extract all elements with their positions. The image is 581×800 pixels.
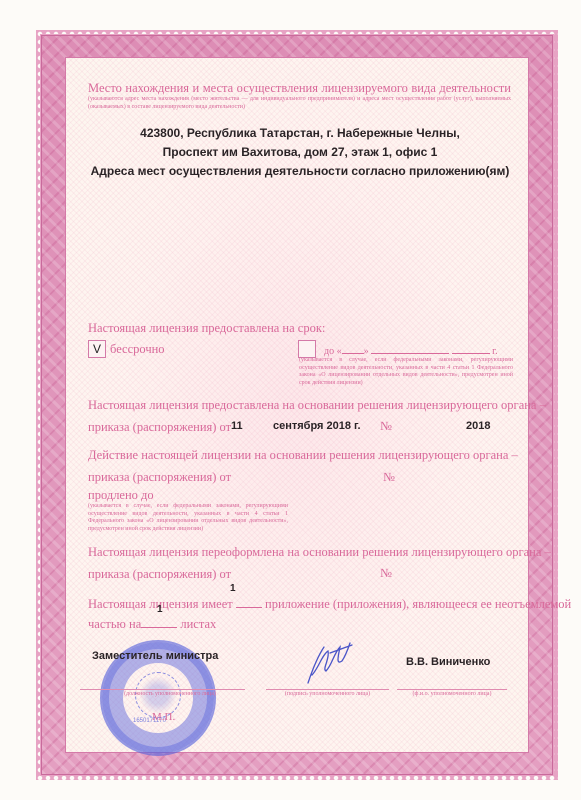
extension-number-sign: № [383,470,395,485]
name-line [397,689,507,690]
address-line-1: 423800, Республика Татарстан, г. Набереж… [80,126,520,140]
until-date-checkbox[interactable] [298,340,316,358]
signature-caption: (подпись уполномоченного лица) [266,691,389,697]
until-year-suffix: г. [492,346,497,357]
title-word: осуществления [237,81,318,96]
extension-order-label: приказа (распоряжения) от [88,470,231,485]
location-title: Место нахождения и места осуществления л… [88,81,511,96]
title-word: деятельности [439,81,511,96]
title-word: лицензируемого [321,81,407,96]
sheets-prefix: частью на [88,617,141,631]
title-word: вида [411,81,436,96]
until-prefix: до « [324,346,342,357]
appendix-sheets: 1 [157,604,163,615]
extended-until-label: продлено до [88,488,154,503]
title-word: и [193,81,200,96]
seal-place-mark: М.П. [152,711,175,723]
extension-note: (указывается в случае, если федеральными… [88,503,288,533]
sheets-blank [141,617,177,628]
address-line-2: Проспект им Вахитова, дом 27, этаж 1, оф… [80,145,520,159]
reissue-label: Настоящая лицензия переоформлена на осно… [88,545,551,560]
until-note: (указывается в случае, если федеральными… [299,357,513,387]
position-caption: (должность уполномоченного лица) [110,691,230,697]
address-line-3: Адреса мест осуществления деятельности с… [80,164,520,178]
reissue-order-label: приказа (распоряжения) от [88,567,231,582]
title-word: Место [88,81,122,96]
basis-number: 2018 [466,420,490,432]
basis-number-sign: № [380,419,392,434]
signature-line [266,689,389,690]
title-word: нахождения [125,81,189,96]
extension-label: Действие настоящей лицензии на основании… [88,448,518,463]
term-label: Настоящая лицензия предоставлена на срок… [88,321,325,336]
until-day-blank[interactable] [342,343,364,354]
basis-month-year: сентября 2018 г. [273,420,361,432]
until-date-field: до «» г. [324,343,498,357]
reissue-number-sign: № [380,566,392,581]
name-caption: (ф.и.о. уполномоченного лица) [397,691,507,697]
signatory-name: В.В. Виниченко [406,656,490,668]
sheets-suffix: листах [180,617,216,631]
until-month-blank[interactable] [371,343,449,354]
until-quote: » [364,346,369,357]
basis-day: 11 [231,420,243,432]
unlimited-checkbox[interactable]: V [88,340,106,358]
appendix-count: 1 [230,583,236,594]
unlimited-label: бессрочно [110,342,165,357]
basis-order-label: приказа (распоряжения) от [88,420,231,435]
appendix-suffix: приложение (приложения), являющееся ее н… [265,597,571,611]
until-year-blank[interactable] [452,343,490,354]
appendix-line-2: частью на листах [88,617,216,632]
title-word: места [203,81,233,96]
signatory-position: Заместитель министра [92,650,218,662]
location-note: (указываются адрес места нахождения (мес… [88,95,511,111]
position-line [80,689,245,690]
basis-label: Настоящая лицензия предоставлена на осно… [88,398,546,413]
appendix-count-blank [236,597,262,608]
signature-icon [300,635,360,690]
